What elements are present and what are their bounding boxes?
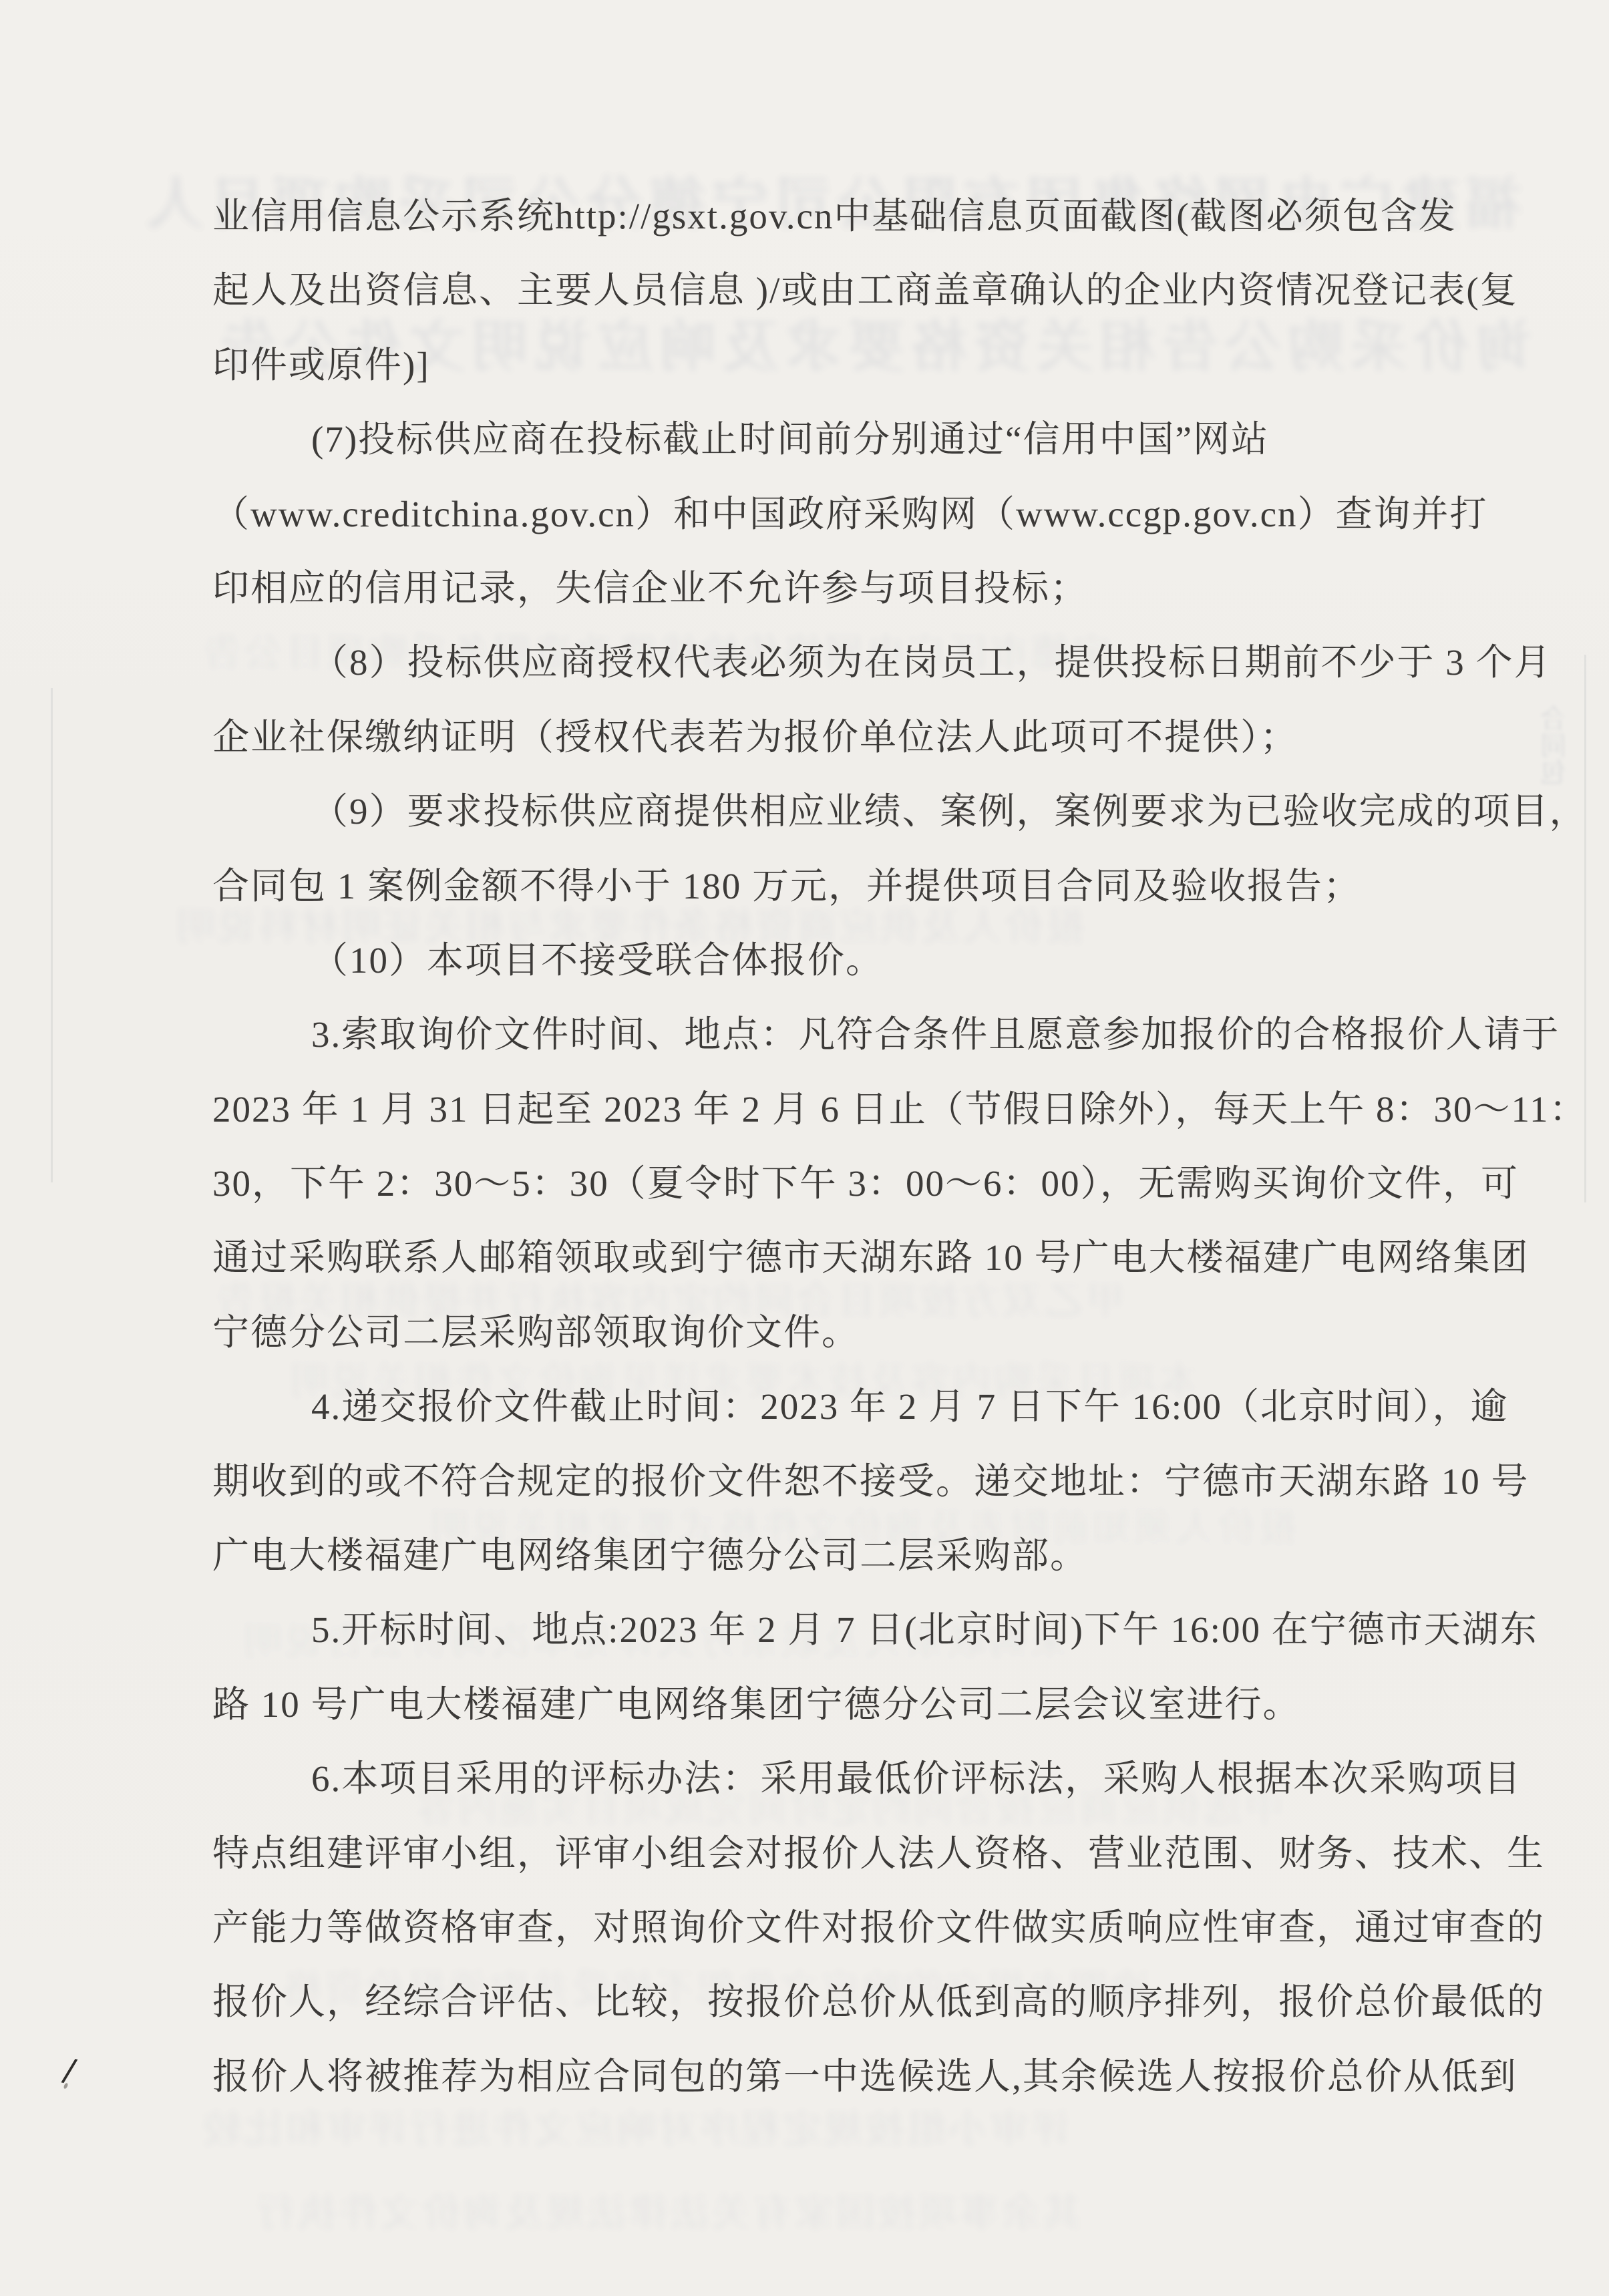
text-line: 路 10 号广电大楼福建广电网络集团宁德分公司二层会议室进行。	[212, 1667, 1435, 1742]
text-line: 宁德分公司二层采购部领取询价文件。	[212, 1295, 1435, 1369]
text-line: 起人及出资信息、主要人员信息 )/或由工商盖章确认的企业内资情况登记表(复	[212, 253, 1435, 327]
text-line: 通过采购联系人邮箱领取或到宁德市天湖东路 10 号广电大楼福建广电网络集团	[212, 1220, 1435, 1295]
text-line: 3.索取询价文件时间、地点：凡符合条件且愿意参加报价的合格报价人请于	[212, 997, 1435, 1072]
text-line: （www.creditchina.gov.cn）和中国政府采购网（www.ccg…	[212, 477, 1435, 551]
text-line: 印相应的信用记录，失信企业不允许参与项目投标；	[212, 551, 1435, 625]
text-line: 报价人，经综合评估、比较，按报价总价从低到高的顺序排列，报价总价最低的	[212, 1965, 1435, 2039]
text-line: 特点组建评审小组，评审小组会对报价人法人资格、营业范围、财务、技术、生	[212, 1816, 1435, 1891]
document-text-block: 业信用信息公示系统http://gsxt.gov.cn中基础信息页面截图(截图必…	[212, 179, 1435, 2114]
text-line: 5.开标时间、地点:2023 年 2 月 7 日(北京时间)下午 16:00 在…	[212, 1593, 1435, 1667]
text-line: 2023 年 1 月 31 日起至 2023 年 2 月 6 日止（节假日除外）…	[212, 1072, 1435, 1146]
text-line: 报价人将被推荐为相应合同包的第一中选候选人,其余候选人按报价总价从低到	[212, 2039, 1435, 2114]
text-line: 广电大楼福建广电网络集团宁德分公司二层采购部。	[212, 1518, 1435, 1593]
bleedthrough-text: 其余事项按国家有关法律法规及询价文件执行	[254, 2181, 1082, 2237]
text-line: 产能力等做资格审查，对照询价文件对报价文件做实质响应性审查，通过审查的	[212, 1891, 1435, 1965]
text-line: （9）要求投标供应商提供相应业绩、案例，案例要求为已验收完成的项目，	[212, 774, 1435, 848]
text-line: 印件或原件)]	[212, 328, 1435, 402]
text-line: (7)投标供应商在投标截止时间前分别通过“信用中国”网站	[212, 402, 1435, 476]
text-line: 业信用信息公示系统http://gsxt.gov.cn中基础信息页面截图(截图必…	[212, 179, 1435, 253]
text-line: 合同包 1 案例金额不得小于 180 万元，并提供项目合同及验收报告；	[212, 849, 1435, 923]
scanned-document-page: 福建广电网络集团有限公司宁德分公司采购项目人 询价采购公告相关资格要求及响应说明…	[0, 0, 1609, 2296]
text-line: （8）投标供应商授权代表必须为在岗员工，提供投标日期前不少于 3 个月	[212, 625, 1435, 699]
text-line: 企业社保缴纳证明（授权代表若为报价单位法人此项可不提供）；	[212, 700, 1435, 774]
text-line: 期收到的或不符合规定的报价文件恕不接受。递交地址：宁德市天湖东路 10 号	[212, 1444, 1435, 1518]
text-line: 4.递交报价文件截止时间：2023 年 2 月 7 日下午 16:00（北京时间…	[212, 1369, 1435, 1444]
text-line: （10）本项目不接受联合体报价。	[212, 923, 1435, 997]
bleedthrough-table-rule	[51, 688, 53, 1182]
text-line: 30，下午 2：30～5：30（夏令时下午 3：00～6：00），无需购买询价文…	[212, 1146, 1435, 1220]
text-line: 6.本项目采用的评标办法：采用最低价评标法，采购人根据本次采购项目	[212, 1742, 1435, 1816]
ink-mark: /	[59, 2047, 79, 2094]
bleedthrough-vertical-text: 合同包	[1536, 705, 1574, 785]
